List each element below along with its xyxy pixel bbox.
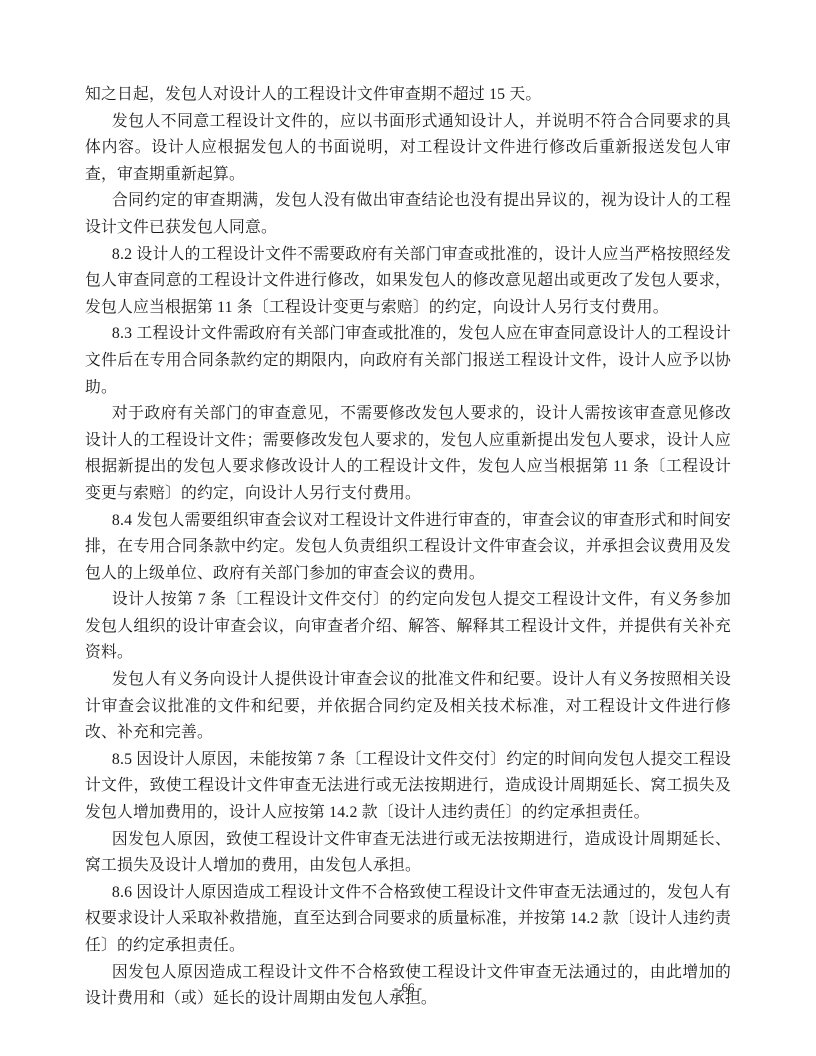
paragraph: 发包人不同意工程设计文件的，应以书面形式通知设计人，并说明不符合合同要求的具体内… bbox=[85, 109, 731, 189]
paragraph: 合同约定的审查期满，发包人没有做出审查结论也没有提出异议的，视为设计人的工程设计… bbox=[85, 188, 731, 241]
document-page: 知之日起，发包人对设计人的工程设计文件审查期不超过 15 天。 发包人不同意工程… bbox=[0, 0, 816, 1056]
paragraph: 设计人按第 7 条〔工程设计文件交付〕的约定向发包人提交工程设计文件，有义务参加… bbox=[85, 587, 731, 667]
paragraph-clause-8-3: 8.3 工程设计文件需政府有关部门审查或批准的，发包人应在审查同意设计人的工程设… bbox=[85, 321, 731, 401]
document-body: 知之日起，发包人对设计人的工程设计文件审查期不超过 15 天。 发包人不同意工程… bbox=[85, 82, 731, 1013]
paragraph: 知之日起，发包人对设计人的工程设计文件审查期不超过 15 天。 bbox=[85, 82, 731, 109]
paragraph: 对于政府有关部门的审查意见，不需要修改发包人要求的，设计人需按该审查意见修改设计… bbox=[85, 401, 731, 507]
paragraph-clause-8-2: 8.2 设计人的工程设计文件不需要政府有关部门审查或批准的，设计人应当严格按照经… bbox=[85, 242, 731, 322]
paragraph: 发包人有义务向设计人提供设计审查会议的批准文件和纪要。设计人有义务按照相关设计审… bbox=[85, 667, 731, 747]
paragraph-clause-8-5: 8.5 因设计人原因，未能按第 7 条〔工程设计文件交付〕约定的时间向发包人提交… bbox=[85, 747, 731, 827]
paragraph-clause-8-4: 8.4 发包人需要组织审查会议对工程设计文件进行审查的，审查会议的审查形式和时间… bbox=[85, 508, 731, 588]
paragraph: 因发包人原因，致使工程设计文件审查无法进行或无法按期进行，造成设计周期延长、窝工… bbox=[85, 827, 731, 880]
page-number: - 66 - bbox=[0, 979, 816, 997]
paragraph-clause-8-6: 8.6 因设计人原因造成工程设计文件不合格致使工程设计文件审查无法通过的，发包人… bbox=[85, 880, 731, 960]
